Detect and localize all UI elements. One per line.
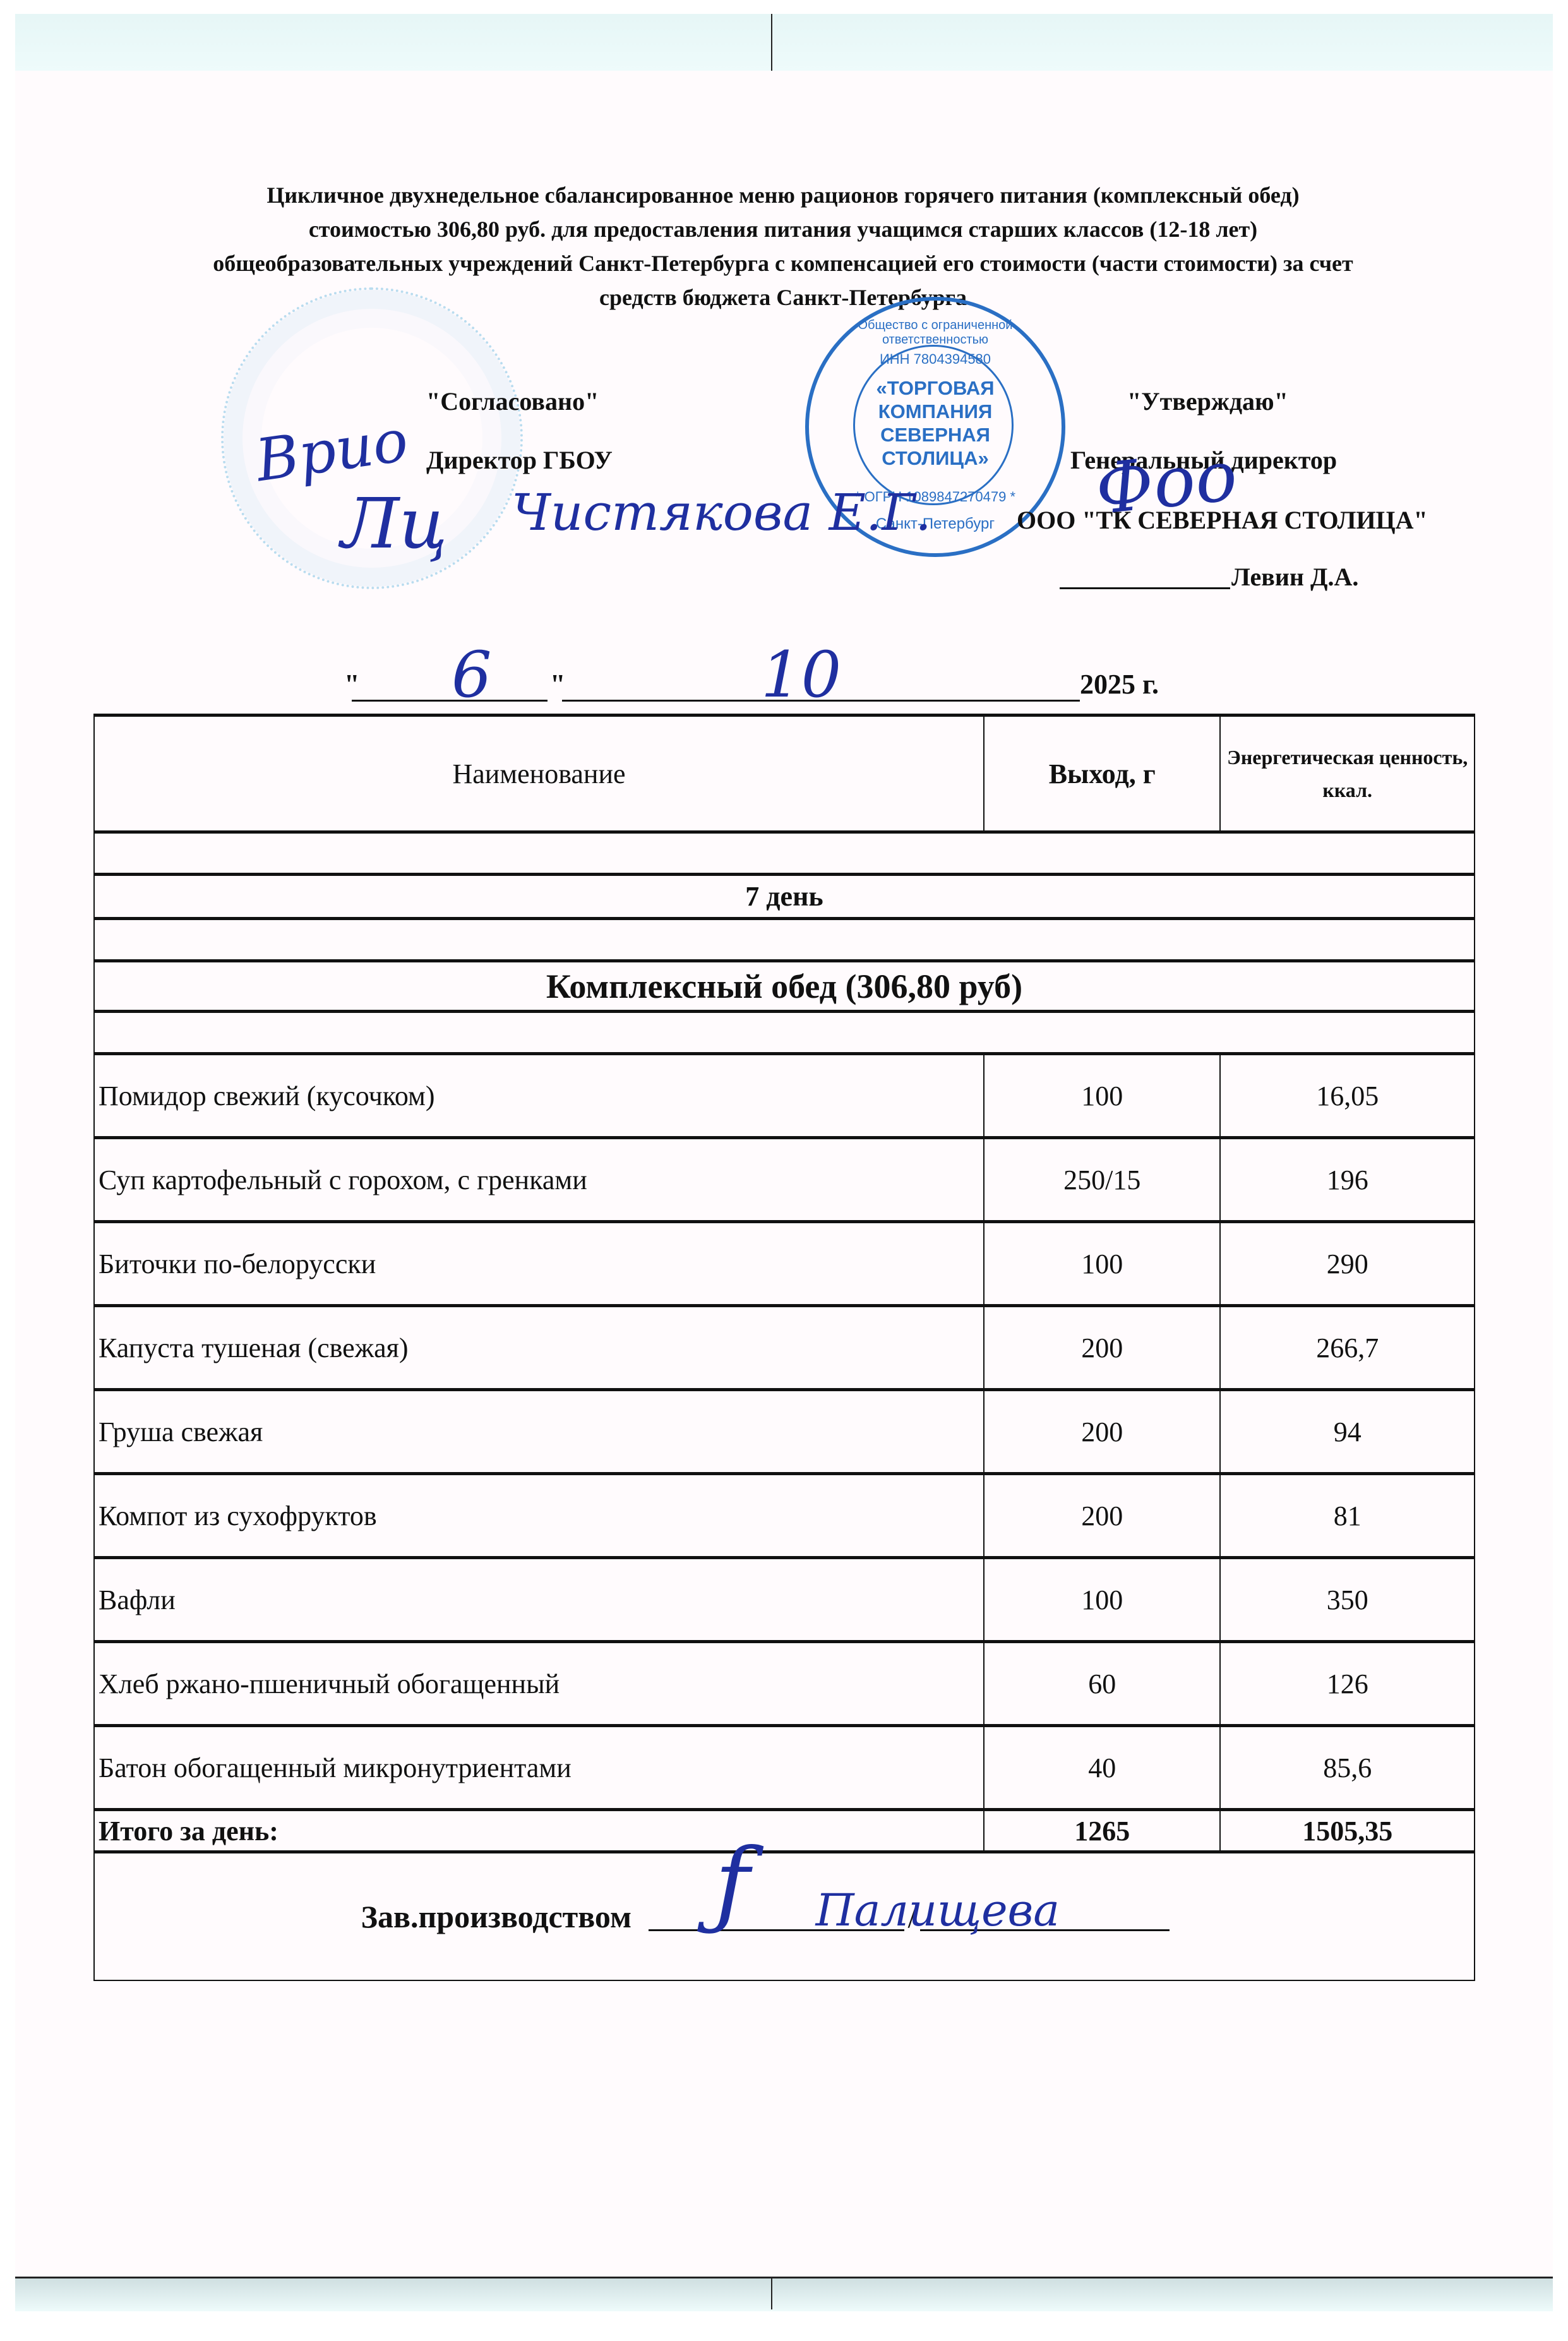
signature-row: Зав.производством / ƒ Палищева	[94, 1852, 1475, 1981]
table-header-row: Наименование Выход, г Энергетическая цен…	[94, 715, 1475, 832]
table-row: Компот из сухофруктов 200 81	[94, 1474, 1475, 1558]
dish-energy: 290	[1220, 1222, 1475, 1306]
dish-yield: 250/15	[984, 1138, 1220, 1222]
table-row: Груша свежая 200 94	[94, 1390, 1475, 1474]
director-signature: Лц	[341, 483, 448, 564]
dish-name: Биточки по-белорусски	[94, 1222, 984, 1306]
header-name: Наименование	[94, 715, 984, 832]
fold-line	[771, 14, 772, 71]
date-year: 2025 г.	[1080, 668, 1159, 700]
title-line: стоимостью 306,80 руб. для предоставлени…	[88, 212, 1478, 246]
spacer-row	[94, 1012, 1475, 1054]
day-row: 7 день	[94, 875, 1475, 919]
meal-row: Комплексный обед (306,80 руб)	[94, 961, 1475, 1012]
approved-label: "Утверждаю"	[1127, 386, 1288, 416]
table-row: Суп картофельный с горохом, с гренками 2…	[94, 1138, 1475, 1222]
spacer-row	[94, 832, 1475, 875]
production-head-signature: Зав.производством / ƒ Палищева	[361, 1898, 1170, 1935]
dish-yield: 60	[984, 1642, 1220, 1726]
table-row: Вафли 100 350	[94, 1558, 1475, 1642]
table-row: Биточки по-белорусски 100 290	[94, 1222, 1475, 1306]
agreed-role: Директор ГБОУ	[426, 445, 613, 475]
total-row: Итого за день: 1265 1505,35	[94, 1810, 1475, 1852]
dish-energy: 350	[1220, 1558, 1475, 1642]
ceo-signature: Фоо	[1092, 435, 1241, 530]
dish-name: Груша свежая	[94, 1390, 984, 1474]
date-month: 10	[761, 638, 841, 712]
spacer-row	[94, 919, 1475, 961]
stamp-inn: ИНН 7804394580	[809, 351, 1062, 368]
dish-yield: 200	[984, 1474, 1220, 1558]
dish-yield: 100	[984, 1558, 1220, 1642]
total-yield: 1265	[984, 1810, 1220, 1852]
agreed-label: "Согласовано"	[426, 386, 599, 416]
stamp-ring-text: Общество с ограниченной ответственностью	[809, 318, 1062, 347]
date-day: 6	[452, 638, 492, 712]
dish-name: Хлеб ржано-пшеничный обогащенный	[94, 1642, 984, 1726]
document-title: Цикличное двухнедельное сбалансированное…	[88, 178, 1478, 314]
dish-yield: 100	[984, 1222, 1220, 1306]
dish-name: Помидор свежий (кусочком)	[94, 1054, 984, 1138]
day-underline	[352, 700, 548, 702]
scan-border-bottom	[15, 2277, 1553, 2311]
menu-table: Наименование Выход, г Энергетическая цен…	[93, 714, 1475, 1981]
table-row: Помидор свежий (кусочком) 100 16,05	[94, 1054, 1475, 1138]
signature-line	[1060, 587, 1230, 589]
title-line: Цикличное двухнедельное сбалансированное…	[88, 178, 1478, 212]
director-handwritten-name: Чистякова Е.Г.	[512, 483, 931, 542]
dish-energy: 266,7	[1220, 1306, 1475, 1390]
date-quote-open: "	[344, 668, 359, 700]
day-label: 7 день	[94, 875, 1475, 919]
dish-energy: 81	[1220, 1474, 1475, 1558]
dish-energy: 16,05	[1220, 1054, 1475, 1138]
dish-yield: 200	[984, 1390, 1220, 1474]
header-energy: Энергетическая ценность, ккал.	[1220, 715, 1475, 832]
total-label: Итого за день:	[94, 1810, 984, 1852]
stamp-company-name: «ТОРГОВАЯ КОМПАНИЯ СЕВЕРНАЯ СТОЛИЦА»	[809, 376, 1062, 470]
table-row: Хлеб ржано-пшеничный обогащенный 60 126	[94, 1642, 1475, 1726]
dish-yield: 40	[984, 1726, 1220, 1810]
total-energy: 1505,35	[1220, 1810, 1475, 1852]
table-row: Капуста тушеная (свежая) 200 266,7	[94, 1306, 1475, 1390]
dish-name: Компот из сухофруктов	[94, 1474, 984, 1558]
dish-name: Капуста тушеная (свежая)	[94, 1306, 984, 1390]
dish-name: Вафли	[94, 1558, 984, 1642]
production-head-handwritten-name: Палищева	[816, 1884, 1060, 1936]
table-row: Батон обогащенный микронутриентами 40 85…	[94, 1726, 1475, 1810]
header-yield: Выход, г	[984, 715, 1220, 832]
dish-yield: 100	[984, 1054, 1220, 1138]
production-head-signature-mark: ƒ	[715, 1829, 750, 1939]
dish-name: Суп картофельный с горохом, с гренками	[94, 1138, 984, 1222]
title-line: общеобразовательных учреждений Санкт-Пет…	[88, 246, 1478, 280]
dish-energy: 196	[1220, 1138, 1475, 1222]
dish-yield: 200	[984, 1306, 1220, 1390]
date-quote-close: "	[550, 668, 565, 700]
dish-energy: 126	[1220, 1642, 1475, 1726]
dish-energy: 85,6	[1220, 1726, 1475, 1810]
production-head-label: Зав.производством	[361, 1899, 631, 1934]
scan-border-top	[15, 14, 1553, 71]
fold-line	[771, 2278, 772, 2309]
meal-label: Комплексный обед (306,80 руб)	[94, 961, 1475, 1012]
approved-name: Левин Д.А.	[1231, 562, 1358, 592]
dish-name: Батон обогащенный микронутриентами	[94, 1726, 984, 1810]
dish-energy: 94	[1220, 1390, 1475, 1474]
